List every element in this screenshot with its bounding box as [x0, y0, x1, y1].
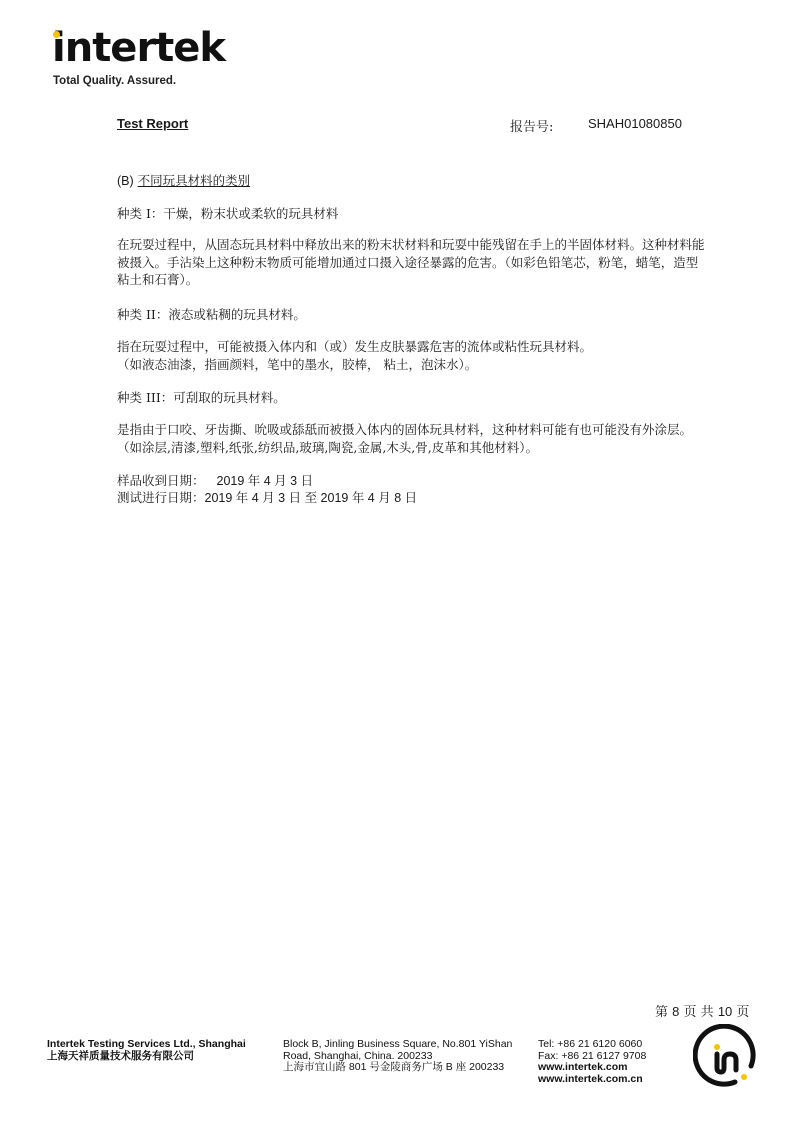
website-link[interactable]: www.intertek.com	[538, 1062, 646, 1074]
sample-received-date-row: 样品收到日期： 2019 年 4 月 3 日	[117, 472, 757, 491]
report-title: Test Report	[117, 116, 188, 131]
logo-tagline: Total Quality. Assured.	[53, 75, 176, 87]
testing-date-row: 测试进行日期：2019 年 4 月 3 日 至 2019 年 4 月 8 日	[117, 489, 757, 508]
page-suffix: 页	[736, 1005, 749, 1020]
category-2-title: 种类 II：液态或粘稠的玩具材料。	[117, 306, 757, 324]
company-name-en: Intertek Testing Services Ltd., Shanghai	[47, 1039, 246, 1051]
sample-received-value: 2019 年 4 月 3 日	[217, 474, 314, 488]
category-1-line: 粘土和石膏）。	[117, 271, 757, 289]
footer-contact: Tel: +86 21 6120 6060 Fax: +86 21 6127 9…	[538, 1039, 646, 1085]
category-1-description: 在玩耍过程中，从固态玩具材料中释放出来的粉末状材料和玩耍中能残留在手上的半固体材…	[117, 236, 757, 289]
report-number-label: 报告号:	[510, 116, 553, 135]
section-heading: (B) 不同玩具材料的类别	[117, 172, 757, 191]
page-middle: 页 共	[684, 1005, 714, 1020]
section-heading-prefix: (B)	[117, 174, 134, 188]
report-number-value: SHAH01080850	[588, 116, 682, 131]
testing-date-label: 测试进行日期：	[117, 490, 205, 505]
website-cn-link[interactable]: www.intertek.com.cn	[538, 1074, 646, 1086]
category-1-title: 种类 I：干燥，粉末状或柔软的玩具材料	[117, 205, 757, 223]
sample-received-label: 样品收到日期：	[117, 473, 205, 488]
category-3-line: 是指由于口咬、牙齿撕、吮吸或舔舐而被摄入体内的固体玩具材料，这种材料可能有也可能…	[117, 421, 757, 439]
category-3-description: 是指由于口咬、牙齿撕、吮吸或舔舐而被摄入体内的固体玩具材料，这种材料可能有也可能…	[117, 421, 757, 456]
category-1-line: 在玩耍过程中，从固态玩具材料中释放出来的粉末状材料和玩耍中能残留在手上的半固体材…	[117, 236, 757, 254]
page-indicator: 第 8 页 共 10 页	[655, 1001, 749, 1020]
page-prefix: 第	[655, 1005, 668, 1020]
intertek-in-seal-icon	[693, 1024, 759, 1090]
company-name-cn: 上海天祥质量技术服务有限公司	[47, 1051, 246, 1063]
total-pages: 10	[718, 1004, 732, 1019]
telephone: Tel: +86 21 6120 6060	[538, 1039, 646, 1051]
category-1-line: 被摄入。手沾染上这种粉末物质可能增加通过口摄入途径暴露的危害。（如彩色铅笔芯，粉…	[117, 254, 757, 272]
category-2-line: 指在玩耍过程中，可能被摄入体内和（或）发生皮肤暴露危害的流体或粘性玩具材料。	[117, 338, 757, 356]
section-heading-text: 不同玩具材料的类别	[138, 173, 251, 188]
current-page: 8	[672, 1004, 679, 1019]
category-3-line: （如涂层,清漆,塑料,纸张,纺织品,玻璃,陶瓷,金属,木头,骨,皮革和其他材料）…	[117, 439, 757, 457]
intertek-logo-wordmark: intertek	[52, 26, 225, 70]
footer-company: Intertek Testing Services Ltd., Shanghai…	[47, 1039, 246, 1062]
address-line-1: Block B, Jinling Business Square, No.801…	[283, 1039, 512, 1051]
category-2-line: （如液态油漆，指画颜料，笔中的墨水，胶棒， 粘土，泡沫水）。	[117, 356, 757, 374]
testing-date-value: 2019 年 4 月 3 日 至 2019 年 4 月 8 日	[205, 491, 418, 505]
category-2-description: 指在玩耍过程中，可能被摄入体内和（或）发生皮肤暴露危害的流体或粘性玩具材料。 （…	[117, 338, 757, 373]
logo-dot-icon	[53, 31, 60, 38]
footer-address: Block B, Jinling Business Square, No.801…	[283, 1039, 512, 1074]
category-3-title: 种类 III：可刮取的玩具材料。	[117, 389, 757, 407]
address-line-3: 上海市宜山路 801 号金陵商务广场 B 座 200233	[283, 1062, 512, 1074]
